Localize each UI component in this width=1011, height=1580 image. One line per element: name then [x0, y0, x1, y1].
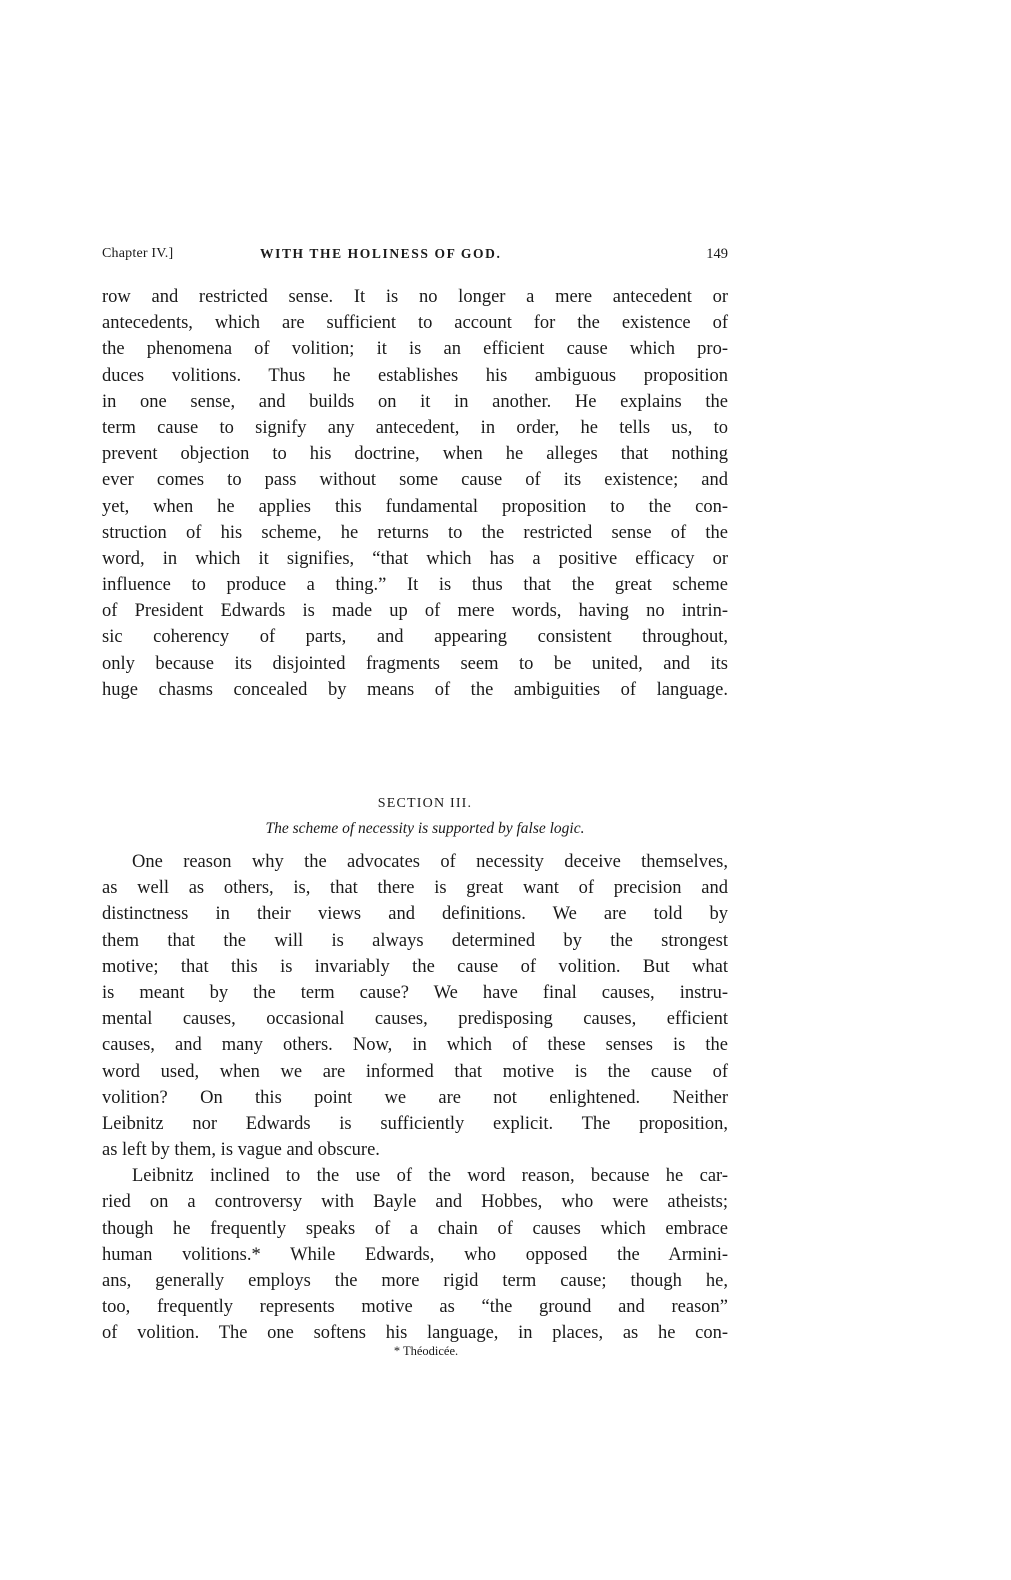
text-line: ried on a controversy with Bayle and Hob… [102, 1189, 728, 1215]
running-title: WITH THE HOLINESS OF GOD. [260, 246, 501, 262]
section-body: One reason why the advocates of necessit… [102, 849, 728, 1347]
text-line: them that the will is always determined … [102, 928, 728, 954]
text-line: motive; that this is invariably the caus… [102, 954, 728, 980]
text-line: huge chasms concealed by means of the am… [102, 677, 728, 703]
text-line: of President Edwards is made up of mere … [102, 598, 728, 624]
text-line: word used, when we are informed that mot… [102, 1059, 728, 1085]
chapter-label: Chapter IV.] [102, 246, 173, 262]
text-line: ans, generally employs the more rigid te… [102, 1268, 728, 1294]
text-line: Leibnitz nor Edwards is sufficiently exp… [102, 1111, 728, 1137]
text-line-footnote-ref: human volitions.* While Edwards, who opp… [102, 1242, 728, 1268]
text-line: is meant by the term cause? We have fina… [102, 980, 728, 1006]
text-line: struction of his scheme, he returns to t… [102, 520, 728, 546]
text-line: as well as others, is, that there is gre… [102, 875, 728, 901]
text-line: of volition. The one softens his languag… [102, 1320, 728, 1346]
text-line: though he frequently speaks of a chain o… [102, 1216, 728, 1242]
text-line: prevent objection to his doctrine, when … [102, 441, 728, 467]
text-line: Leibnitz inclined to the use of the word… [102, 1163, 728, 1189]
footnote: * Théodicée. [102, 1344, 728, 1359]
text-line: the phenomena of volition; it is an effi… [102, 336, 728, 362]
section-subtitle: The scheme of necessity is supported by … [102, 820, 728, 838]
text-line: sic coherency of parts, and appearing co… [102, 624, 728, 650]
text-line: only because its disjointed fragments se… [102, 651, 728, 677]
section-heading: SECTION III. [102, 796, 728, 812]
running-head: Chapter IV.] WITH THE HOLINESS OF GOD. 1… [102, 246, 728, 270]
text-line: influence to produce a thing.” It is thu… [102, 572, 728, 598]
text-line: One reason why the advocates of necessit… [102, 849, 728, 875]
text-line: too, frequently represents motive as “th… [102, 1294, 728, 1320]
text-line: volition? On this point we are not enlig… [102, 1085, 728, 1111]
text-line: antecedents, which are sufficient to acc… [102, 310, 728, 336]
page-number: 149 [706, 246, 728, 263]
text-line: in one sense, and builds on it in anothe… [102, 389, 728, 415]
text-line: causes, and many others. Now, in which o… [102, 1032, 728, 1058]
paragraph-continued: row and restricted sense. It is no longe… [102, 284, 728, 703]
text-line: yet, when he applies this fundamental pr… [102, 494, 728, 520]
text-line: word, in which it signifies, “that which… [102, 546, 728, 572]
text-line: distinctness in their views and definiti… [102, 901, 728, 927]
text-line: ever comes to pass without some cause of… [102, 467, 728, 493]
book-page: Chapter IV.] WITH THE HOLINESS OF GOD. 1… [0, 0, 1011, 1580]
text-line: row and restricted sense. It is no longe… [102, 284, 728, 310]
text-line: duces volitions. Thus he establishes his… [102, 363, 728, 389]
text-line-italic-cause: term cause to signify any antecedent, in… [102, 415, 728, 441]
text-line: as left by them, is vague and obscure. [102, 1137, 728, 1163]
text-line: mental causes, occasional causes, predis… [102, 1006, 728, 1032]
